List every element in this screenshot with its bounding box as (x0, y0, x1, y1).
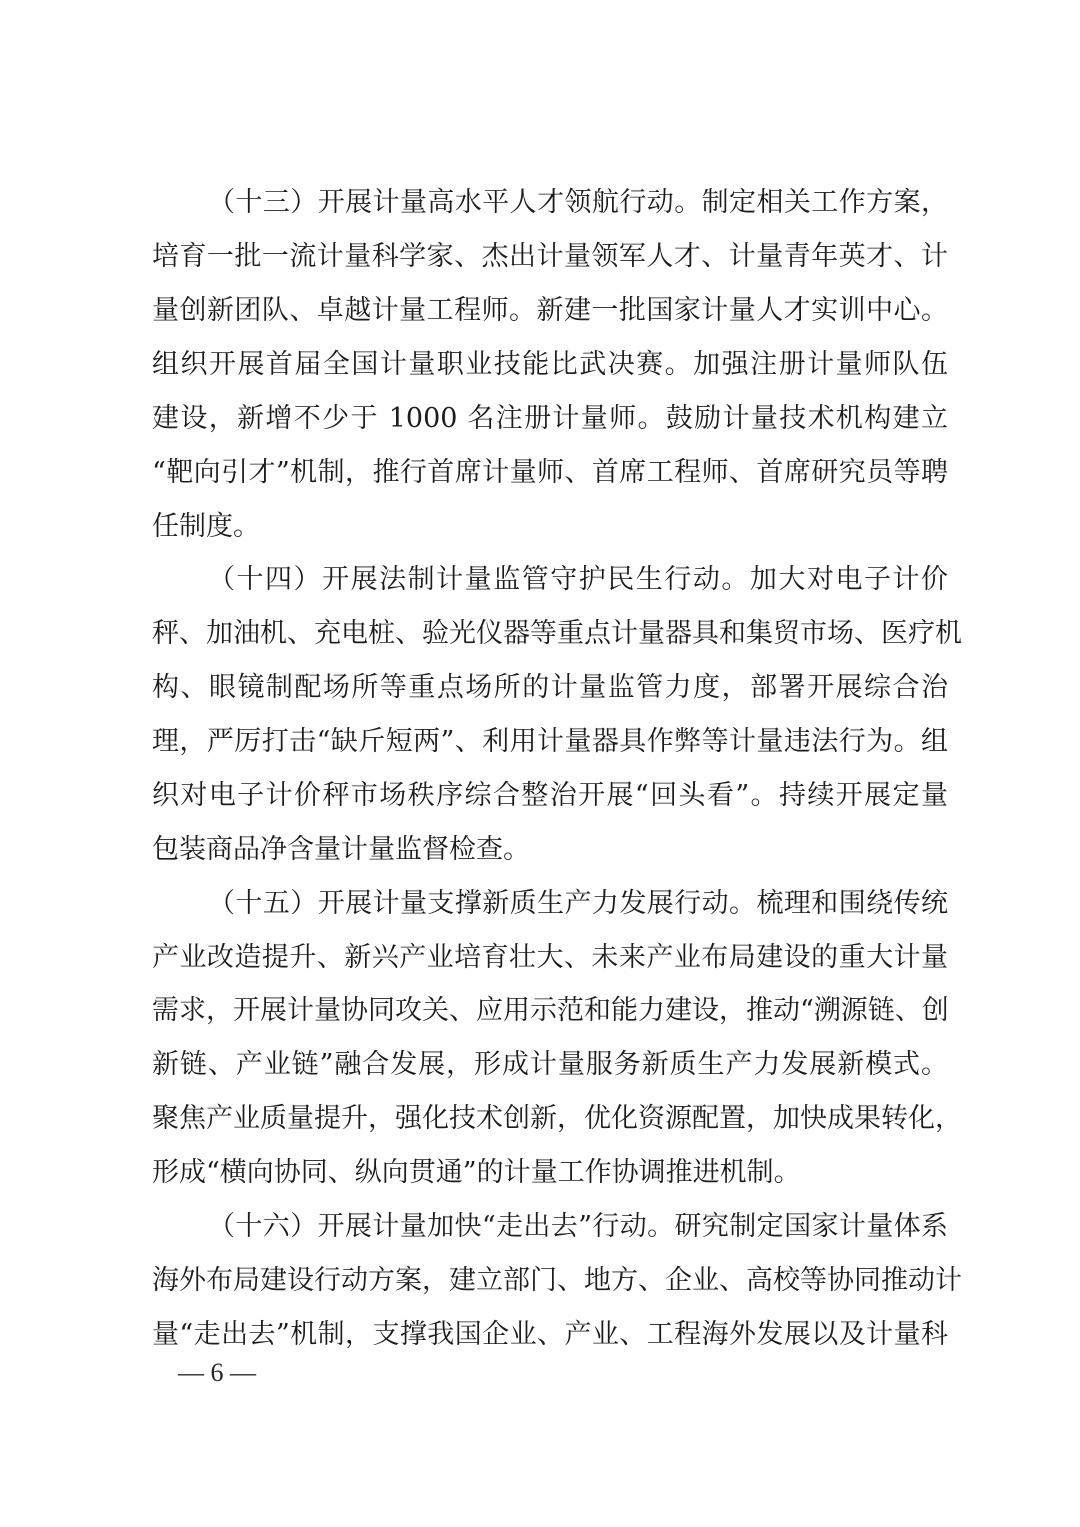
page-number: — 6 — (178, 1356, 256, 1390)
paragraph-line: 织对电子计价秤市场秩序综合整治开展“回头看”。持续开展定量 (152, 776, 948, 816)
paragraph-line: 量“走出去”机制，支撑我国企业、产业、工程海外发展以及计量科 (152, 1315, 948, 1355)
paragraph-line: 形成“横向协同、纵向贯通”的计量工作协调推进机制。 (152, 1153, 948, 1193)
paragraph-line: 量创新团队、卓越计量工程师。新建一批国家计量人才实训中心。 (152, 291, 948, 331)
paragraph-line: 聚焦产业质量提升，强化技术创新，优化资源配置，加快成果转化， (152, 1099, 948, 1139)
paragraph-line: 包装商品净含量计量监督检查。 (152, 830, 948, 870)
paragraph-line: 新链、产业链”融合发展，形成计量服务新质生产力发展新模式。 (152, 1045, 948, 1085)
paragraph-line: 任制度。 (152, 507, 948, 547)
paragraph-line: 海外布局建设行动方案，建立部门、地方、企业、高校等协同推动计 (152, 1261, 948, 1301)
paragraph-line: 产业改造提升、新兴产业培育壮大、未来产业布局建设的重大计量 (152, 938, 948, 978)
paragraph-line: （十六）开展计量加快“走出去”行动。研究制定国家计量体系 (208, 1207, 948, 1247)
paragraph-line: （十四）开展法制计量监管守护民生行动。加大对电子计价 (208, 560, 948, 600)
paragraph-line: “靶向引才”机制，推行首席计量师、首席工程师、首席研究员等聘 (152, 453, 948, 493)
paragraph-line: 需求，开展计量协同攻关、应用示范和能力建设，推动“溯源链、创 (152, 991, 948, 1031)
paragraph-line: 秤、加油机、充电桩、验光仪器等重点计量器具和集贸市场、医疗机 (152, 614, 948, 654)
paragraph-line: 建设，新增不少于 1000 名注册计量师。鼓励计量技术机构建立 (152, 399, 948, 439)
paragraph-line: （十三）开展计量高水平人才领航行动。制定相关工作方案， (208, 183, 948, 223)
paragraph-line: 培育一批一流计量科学家、杰出计量领军人才、计量青年英才、计 (152, 237, 948, 277)
paragraph-line: 组织开展首届全国计量职业技能比武决赛。加强注册计量师队伍 (152, 345, 948, 385)
paragraph-line: （十五）开展计量支撑新质生产力发展行动。梳理和围绕传统 (208, 884, 948, 924)
document-page: （十三）开展计量高水平人才领航行动。制定相关工作方案， 培育一批一流计量科学家、… (0, 0, 1080, 1527)
paragraph-line: 构、眼镜制配场所等重点场所的计量监管力度，部署开展综合治 (152, 668, 948, 708)
paragraph-line: 理，严厉打击“缺斤短两”、利用计量器具作弊等计量违法行为。组 (152, 722, 948, 762)
